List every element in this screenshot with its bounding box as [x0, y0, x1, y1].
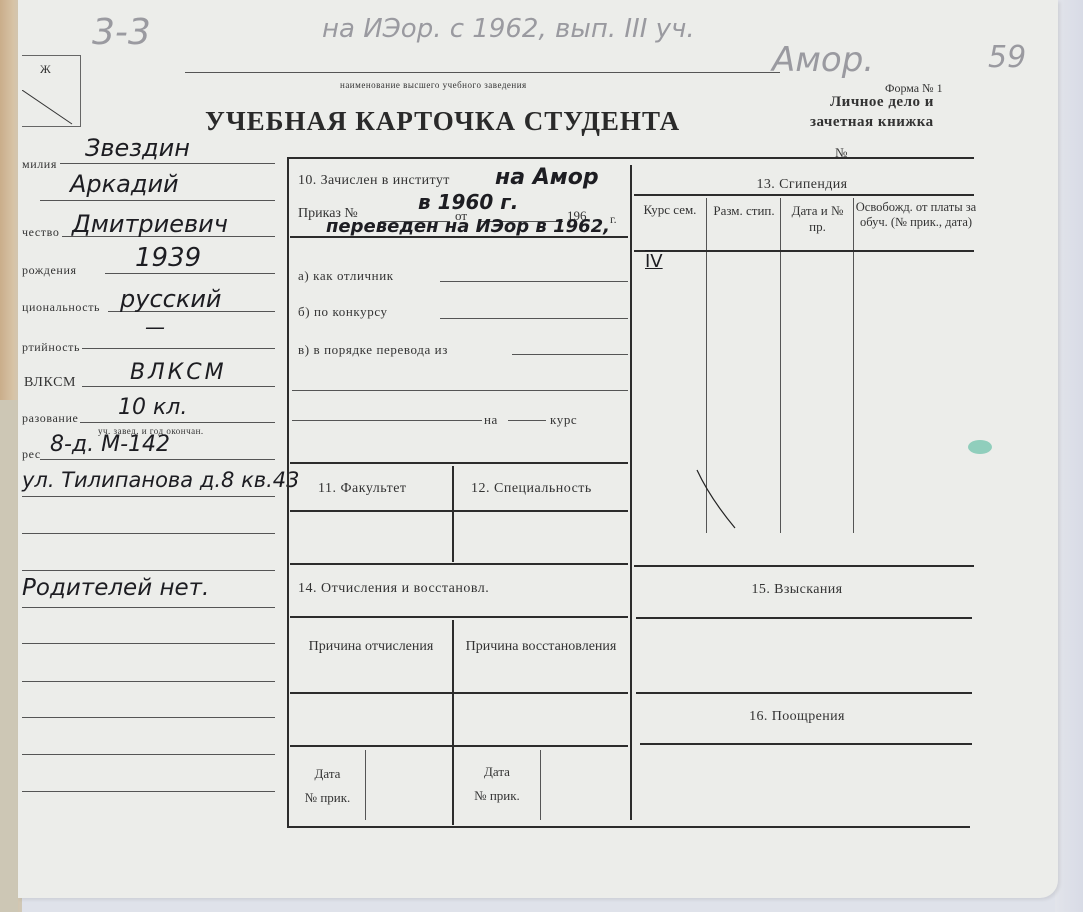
- penalties-bottom-rule: [636, 692, 972, 694]
- institution-caption: наименование высшего учебного заведения: [340, 80, 527, 90]
- field-line: [22, 643, 275, 644]
- field-value-vlksm[interactable]: ВЛКСМ: [130, 360, 227, 385]
- stipend-col-date: Дата и № пр.: [782, 203, 853, 235]
- option-line: [440, 281, 628, 282]
- order-label-2: № прик.: [454, 788, 540, 804]
- to-label: на: [484, 412, 498, 428]
- field-line: [40, 459, 275, 460]
- ink-stain: [968, 440, 992, 454]
- field-line: [82, 348, 275, 349]
- enrolled-year[interactable]: в 1960 г.: [418, 190, 518, 214]
- field-value-patronymic[interactable]: Дмитриевич: [72, 210, 228, 238]
- pen-stroke-mark: [695, 468, 745, 538]
- grid-bottom-border: [287, 826, 970, 828]
- rewards-title: 16. Поощрения: [632, 709, 962, 725]
- field-line: [82, 386, 275, 387]
- field-label-vlksm: ВЛКСМ: [24, 375, 76, 391]
- dismissals-header-rule: [290, 616, 628, 618]
- field-label-address: рес: [22, 447, 41, 462]
- field-label-surname: милия: [22, 157, 57, 172]
- penalties-rule: [636, 617, 972, 619]
- specialty-label: 12. Специальность: [471, 481, 592, 497]
- field-label-patronymic: чество: [22, 225, 59, 240]
- field-line: [80, 422, 275, 423]
- option-excellent: а) как отличник: [298, 268, 394, 284]
- field-line: [60, 163, 275, 164]
- penalties-title: 15. Взыскания: [632, 582, 962, 598]
- subtitle-line2: зачетная книжка: [810, 114, 934, 131]
- field-value-surname[interactable]: Звездин: [85, 134, 190, 162]
- section-10-bottom-rule: [290, 462, 628, 464]
- page-number: 59: [988, 40, 1026, 75]
- stipend-col-amount: Разм. стип.: [708, 203, 780, 219]
- faculty-divider: [452, 466, 454, 562]
- dismissals-mid-rule: [290, 692, 628, 694]
- corner-diagonal-icon: [22, 90, 82, 126]
- stipend-title: 13. Сгипендия: [632, 177, 972, 193]
- enrolled-label: 10. Зачислен в институт: [298, 173, 450, 189]
- field-value-parents[interactable]: Родителей нет.: [22, 575, 209, 601]
- order-year-suffix: г.: [610, 212, 617, 227]
- field-value-nationality[interactable]: русский: [120, 285, 222, 313]
- date-divider-2: [540, 750, 541, 820]
- stipend-header-rule: [634, 250, 974, 252]
- field-label-birth-year: рождения: [22, 263, 77, 278]
- rewards-rule: [640, 743, 972, 745]
- date-label-2: Дата: [454, 764, 540, 780]
- field-line: [22, 570, 275, 571]
- transfer-note[interactable]: переведен на ИЭор в 1962,: [326, 216, 610, 237]
- option-transfer: в) в порядке перевода из: [298, 342, 448, 358]
- pencil-note-top-center: на ИЭор. с 1962, вып. III уч.: [322, 14, 695, 44]
- stipend-row-course-value[interactable]: IV: [645, 251, 663, 272]
- date-divider-1: [365, 750, 366, 820]
- field-line: [22, 607, 275, 608]
- field-value-education[interactable]: 10 кл.: [118, 395, 187, 420]
- field-line: [22, 533, 275, 534]
- field-value-birth-year[interactable]: 1939: [135, 243, 201, 273]
- stipend-col-divider-3: [853, 198, 854, 533]
- corner-mark: Ж: [40, 62, 51, 77]
- faculty-label: 11. Факультет: [318, 481, 407, 497]
- dismissal-reason-label: Причина отчисления: [290, 636, 452, 658]
- option-competition: б) по конкурсу: [298, 304, 388, 320]
- dismissals-title: 14. Отчисления и восстановл.: [298, 581, 489, 597]
- stipend-title-rule: [634, 194, 974, 196]
- stipend-col-divider-2: [780, 198, 781, 533]
- date-label-1: Дата: [290, 766, 365, 782]
- field-value-name[interactable]: Аркадий: [70, 170, 179, 198]
- order-label-1: № прик.: [290, 790, 365, 806]
- field-label-education: разование: [22, 411, 78, 426]
- institution-line: [185, 72, 780, 73]
- field-value-address-1[interactable]: 8-д. М-142: [50, 432, 170, 457]
- stipend-col-course: Курс сем.: [634, 202, 706, 217]
- field-line: [40, 200, 275, 201]
- field-line: [22, 496, 275, 497]
- restoration-reason-label: Причина восстановления: [454, 636, 628, 658]
- option-line: [440, 318, 628, 319]
- course-label: курс: [550, 412, 577, 428]
- field-label-nationality: циональность: [22, 300, 100, 315]
- field-line: [22, 754, 275, 755]
- pencil-note-top-left: 3-3: [92, 12, 151, 53]
- section-11-12-rule: [290, 510, 628, 512]
- transfer-line: [292, 390, 628, 391]
- field-line: [22, 717, 275, 718]
- field-value-address-2[interactable]: ул. Тилипанова д.8 кв.43: [22, 468, 300, 492]
- dismissals-date-rule: [290, 745, 628, 747]
- field-value-party[interactable]: —: [145, 315, 165, 339]
- folder-edge-lower: [0, 400, 18, 912]
- stipend-col-exemption: Освобожд. от платы за обуч. (№ прик., да…: [855, 200, 977, 230]
- field-line: [105, 273, 275, 274]
- section-10-header-rule: [290, 236, 628, 238]
- course-line: [508, 420, 546, 421]
- field-line: [22, 681, 275, 682]
- grid-left-border: [287, 157, 289, 827]
- subtitle-line1: Личное дело и: [830, 94, 934, 111]
- section-11-12-bottom: [290, 563, 628, 565]
- grid-top-border: [289, 157, 974, 159]
- background-surface: [1055, 0, 1083, 912]
- field-line: [22, 791, 275, 792]
- stipend-bottom-rule: [634, 565, 974, 567]
- field-label-party: ртийность: [22, 340, 80, 355]
- page-title: УЧЕБНАЯ КАРТОЧКА СТУДЕНТА: [205, 106, 680, 137]
- pencil-note-top-right: Амор.: [772, 40, 874, 80]
- enrolled-value[interactable]: на Амор: [495, 165, 599, 190]
- transfer-from-line: [292, 420, 482, 421]
- option-line: [512, 354, 628, 355]
